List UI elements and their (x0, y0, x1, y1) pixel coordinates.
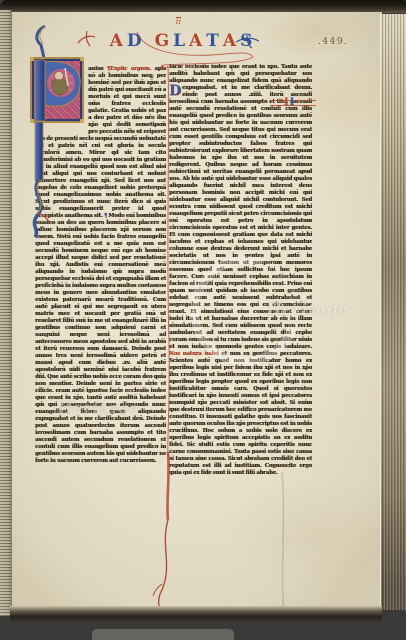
title-letter: S (240, 31, 252, 51)
saint-paul-head (55, 72, 64, 81)
rubric: ¶Explic̄ argum̄. (107, 66, 155, 72)
drop-cap-d: D (169, 85, 182, 99)
body-text: aulus (88, 66, 107, 72)
fore-edge-pages (380, 14, 406, 610)
manuscript-photo: A D G L A T A S ti .449. aulus ¶Explic̄ … (0, 0, 406, 640)
book-bottom-edge (10, 606, 382, 622)
red-thread-tail (159, 520, 168, 614)
title-letter: A (189, 31, 202, 51)
scribal-correction-superscript: ti (176, 18, 181, 26)
chapter-numeral: II (270, 97, 316, 109)
watermark-text: Heritage (267, 300, 349, 318)
initial-descender-bar (35, 122, 43, 180)
running-title: A D G L A T A S ti (96, 26, 266, 56)
title-letter: A (110, 31, 123, 51)
watermark-text: Heritage (58, 399, 140, 417)
folio-number: .449. (318, 37, 348, 47)
facing-page-strip (0, 10, 11, 616)
title-letter: D (127, 31, 142, 51)
title-letter: G (155, 31, 170, 51)
title-letter: A (223, 31, 236, 51)
title-letter: T (206, 31, 219, 51)
numeral-i: I (290, 97, 296, 108)
illuminated-initial-p (25, 24, 87, 259)
parchment-crease (282, 472, 284, 614)
body-text: et non ex gentibus peccatores. Scientes … (169, 351, 312, 476)
title-letter: L (173, 31, 185, 51)
body-text: facie ecclesiis iudee que erant in xp̄o.… (169, 64, 312, 91)
manuscript-page: A D G L A T A S ti .449. aulus ¶Explic̄ … (12, 12, 382, 614)
book-cradle (92, 629, 234, 640)
